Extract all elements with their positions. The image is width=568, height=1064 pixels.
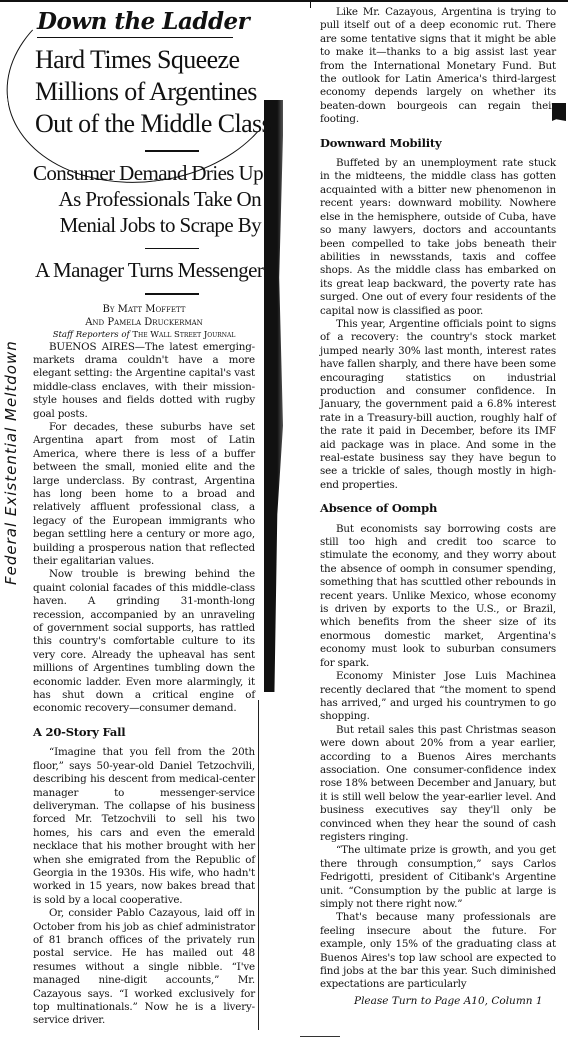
paragraph: Economy Minister Jose Luis Machinea rece… bbox=[320, 670, 556, 724]
subhead: Downward Mobility bbox=[320, 137, 556, 150]
headline-line: Hard Times Squeeze bbox=[35, 44, 255, 76]
byline-author-2: And Pamela Druckerman bbox=[33, 316, 255, 329]
paragraph: But economists say borrowing costs are s… bbox=[320, 523, 556, 670]
newspaper-clipping: Federal Existential Meltdown Down the La… bbox=[0, 0, 568, 1064]
left-column: Down the Ladder Hard Times Squeeze Milli… bbox=[33, 0, 255, 1028]
kicker: Down the Ladder bbox=[37, 8, 233, 38]
paragraph: “Imagine that you fell from the 20th flo… bbox=[33, 746, 255, 907]
scan-artifact-bar bbox=[264, 100, 283, 692]
publication-name: The Wall Street Journal bbox=[132, 330, 235, 340]
paragraph: This year, Argentine officials point to … bbox=[320, 318, 556, 492]
headline-line: Millions of Argentines bbox=[35, 76, 255, 108]
subhead: Absence of Oomph bbox=[320, 502, 556, 515]
paragraph: Now trouble is brewing behind the quaint… bbox=[33, 568, 255, 715]
paragraph: “The ultimate prize is growth, and you g… bbox=[320, 844, 556, 911]
article-body-right: Like Mr. Cazayous, Argentina is trying t… bbox=[320, 6, 556, 992]
deck: Consumer Demand Dries Up As Professional… bbox=[33, 160, 255, 238]
column-rule bbox=[258, 700, 259, 1030]
deck-line: Menial Jobs to Scrape By bbox=[33, 212, 261, 238]
paragraph: Buffeted by an unemployment rate stuck i… bbox=[320, 157, 556, 318]
paragraph: BUENOS AIRES—The latest emerging-markets… bbox=[33, 341, 255, 421]
staff-prefix: Staff Reporters of bbox=[53, 330, 130, 340]
column-separator-mark bbox=[310, 0, 311, 8]
headline: Hard Times Squeeze Millions of Argentine… bbox=[33, 44, 255, 140]
paragraph: But retail sales this past Christmas sea… bbox=[320, 724, 556, 845]
divider bbox=[145, 150, 199, 152]
divider bbox=[145, 248, 199, 250]
byline: By Matt Moffett And Pamela Druckerman bbox=[33, 303, 255, 329]
staff-credit: Staff Reporters of The Wall Street Journ… bbox=[33, 329, 255, 341]
divider bbox=[145, 293, 199, 295]
headline-line: Out of the Middle Class bbox=[35, 108, 255, 140]
bottom-rule bbox=[300, 1036, 340, 1037]
right-column: Like Mr. Cazayous, Argentina is trying t… bbox=[320, 6, 556, 1007]
paragraph: For decades, these suburbs have set Arge… bbox=[33, 421, 255, 568]
subhead: A 20-Story Fall bbox=[33, 726, 255, 739]
deck-line: As Professionals Take On bbox=[33, 186, 261, 212]
deck-line: Consumer Demand Dries Up bbox=[33, 160, 261, 186]
paragraph: Like Mr. Cazayous, Argentina is trying t… bbox=[320, 6, 556, 127]
byline-author-1: By Matt Moffett bbox=[33, 303, 255, 316]
article-body-left: BUENOS AIRES—The latest emerging-markets… bbox=[33, 341, 255, 1028]
continuation-link[interactable]: Please Turn to Page A10, Column 1 bbox=[354, 995, 556, 1007]
secondary-deck: A Manager Turns Messenger bbox=[35, 257, 255, 283]
handwritten-annotation: Federal Existential Meltdown bbox=[2, 340, 20, 585]
paragraph: Or, consider Pablo Cazayous, laid off in… bbox=[33, 907, 255, 1028]
paragraph: That's because many professionals are fe… bbox=[320, 911, 556, 991]
